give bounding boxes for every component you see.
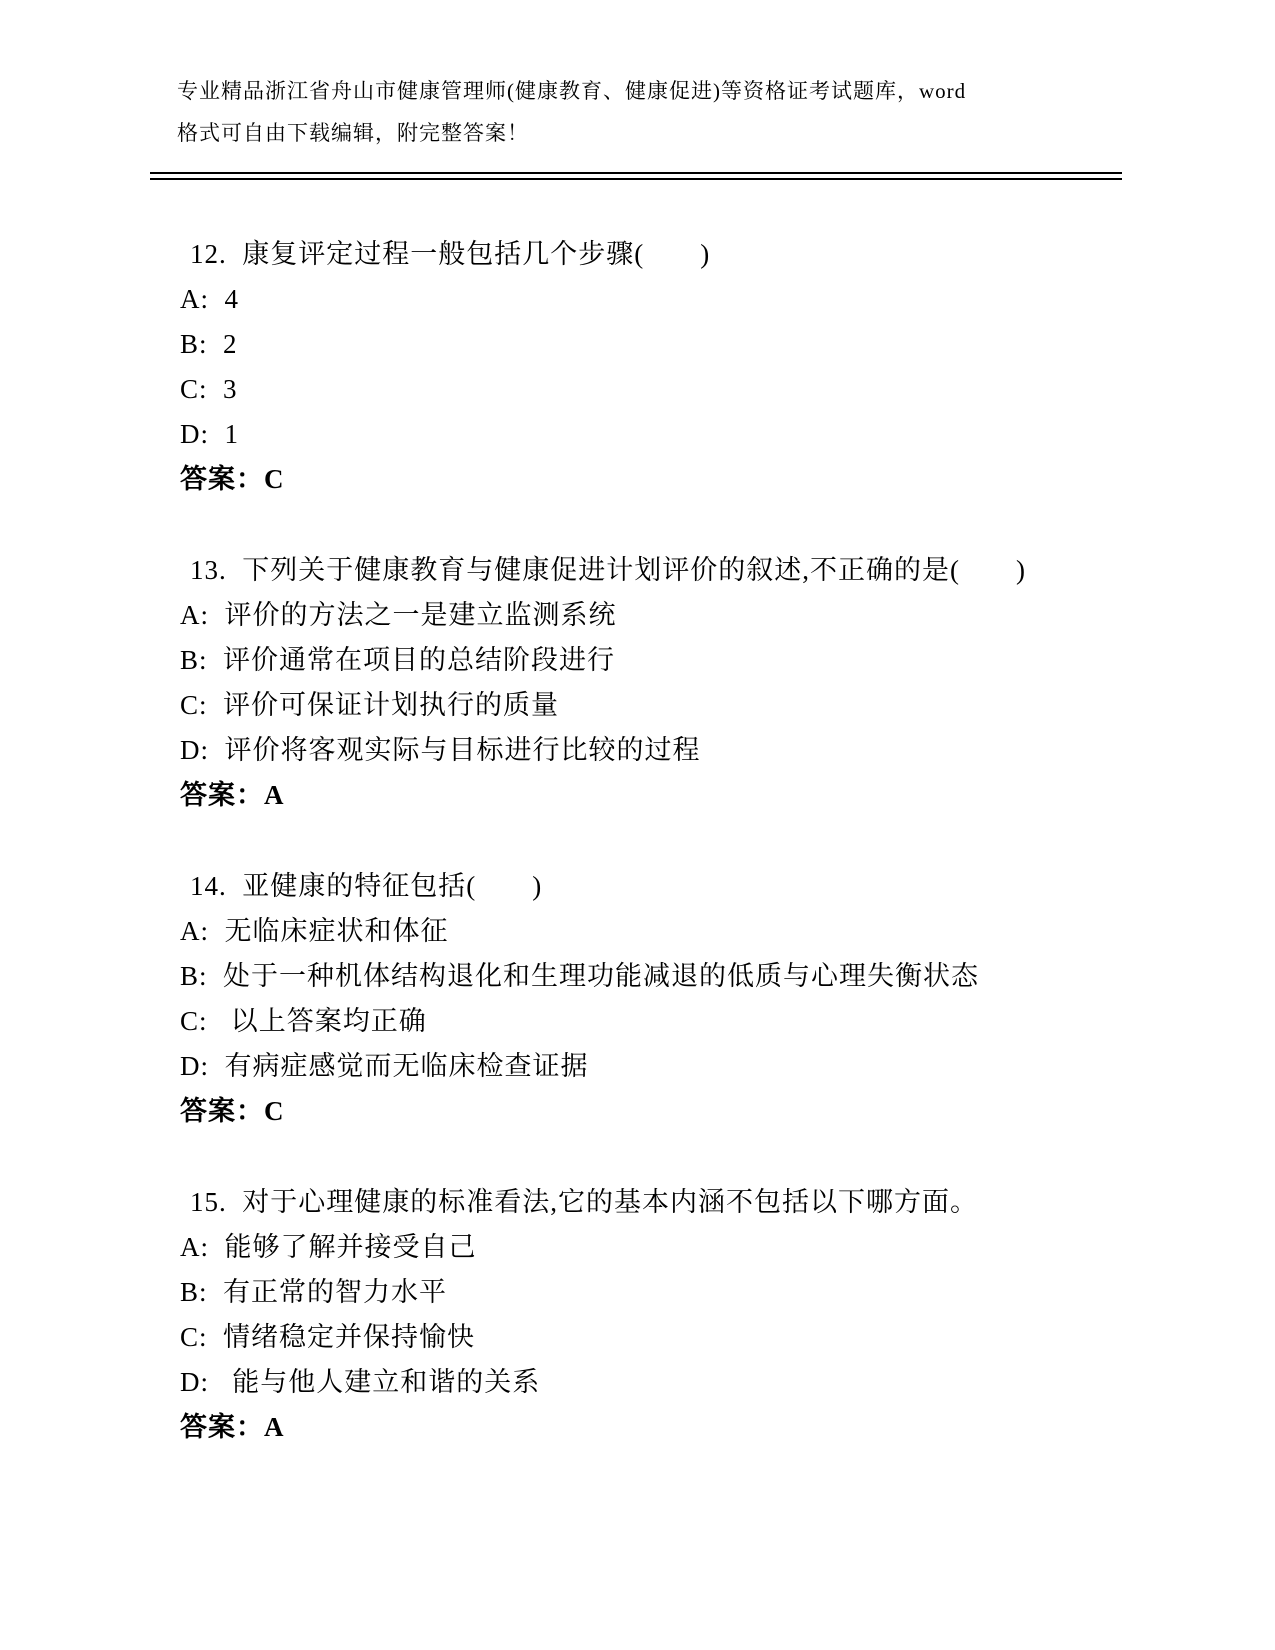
question-stem: 12. 康复评定过程一般包括几个步骤( ) — [180, 232, 1125, 277]
question-answer: 答案：A — [180, 773, 1125, 818]
question-12: 12. 康复评定过程一般包括几个步骤( ) A: 4 B: 2 C: 3 D: … — [180, 232, 1125, 502]
question-option-c: C: 3 — [180, 367, 1125, 412]
question-15: 15. 对于心理健康的标准看法,它的基本内涵不包括以下哪方面。 A: 能够了解并… — [180, 1180, 1125, 1450]
question-13: 13. 下列关于健康教育与健康促进计划评价的叙述,不正确的是( ) A: 评价的… — [180, 548, 1125, 818]
question-stem: 13. 下列关于健康教育与健康促进计划评价的叙述,不正确的是( ) — [180, 548, 1125, 593]
question-answer: 答案：C — [180, 1089, 1125, 1134]
question-option-d: D: 评价将客观实际与目标进行比较的过程 — [180, 728, 1125, 773]
question-option-c: C: 情绪稳定并保持愉快 — [180, 1315, 1125, 1360]
question-option-b: B: 处于一种机体结构退化和生理功能减退的低质与心理失衡状态 — [180, 954, 1125, 999]
question-option-b: B: 评价通常在项目的总结阶段进行 — [180, 638, 1125, 683]
question-option-c: C: 评价可保证计划执行的质量 — [180, 683, 1125, 728]
question-answer: 答案：C — [180, 457, 1125, 502]
question-option-a: A: 无临床症状和体征 — [180, 909, 1125, 954]
question-answer: 答案：A — [180, 1405, 1125, 1450]
question-stem: 15. 对于心理健康的标准看法,它的基本内涵不包括以下哪方面。 — [180, 1180, 1125, 1225]
question-option-d: D: 1 — [180, 412, 1125, 457]
header-line1: 专业精品浙江省舟山市健康管理师(健康教育、健康促进)等资格证考试题库，word — [150, 70, 1122, 112]
question-option-d: D: 有病症感觉而无临床检查证据 — [180, 1044, 1125, 1089]
question-option-d: D: 能与他人建立和谐的关系 — [180, 1360, 1125, 1405]
page-header: 专业精品浙江省舟山市健康管理师(健康教育、健康促进)等资格证考试题库，word … — [150, 0, 1122, 180]
question-option-b: B: 2 — [180, 322, 1125, 367]
question-option-b: B: 有正常的智力水平 — [180, 1270, 1125, 1315]
question-option-c: C: 以上答案均正确 — [180, 999, 1125, 1044]
question-option-a: A: 4 — [180, 277, 1125, 322]
question-stem: 14. 亚健康的特征包括( ) — [180, 864, 1125, 909]
question-option-a: A: 能够了解并接受自己 — [180, 1225, 1125, 1270]
header-rule — [150, 172, 1122, 180]
question-list: 12. 康复评定过程一般包括几个步骤( ) A: 4 B: 2 C: 3 D: … — [150, 180, 1125, 1450]
document-page: 专业精品浙江省舟山市健康管理师(健康教育、健康促进)等资格证考试题库，word … — [0, 0, 1275, 1650]
question-14: 14. 亚健康的特征包括( ) A: 无临床症状和体征 B: 处于一种机体结构退… — [180, 864, 1125, 1134]
question-option-a: A: 评价的方法之一是建立监测系统 — [180, 593, 1125, 638]
header-line2: 格式可自由下载编辑，附完整答案！ — [150, 112, 1122, 154]
